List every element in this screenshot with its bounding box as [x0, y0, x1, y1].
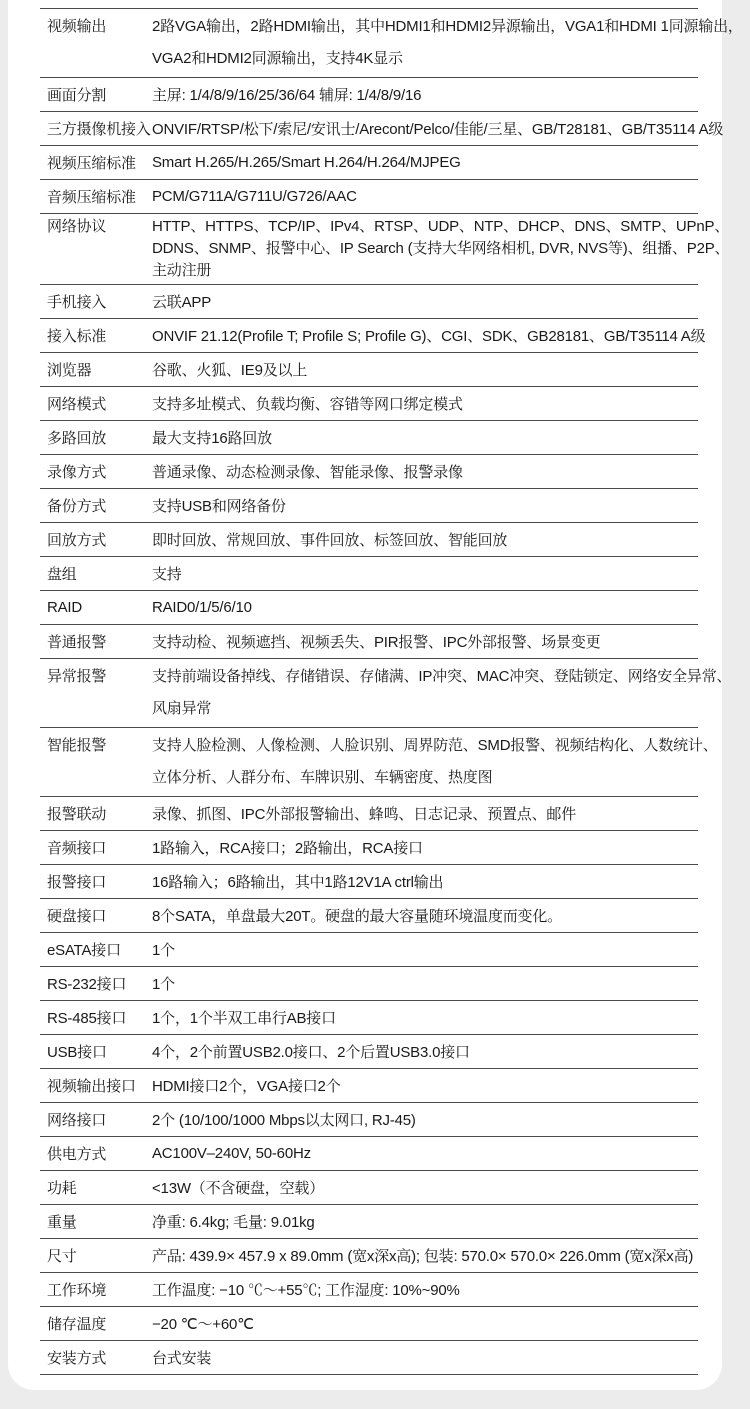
spec-label: 重量 — [47, 1211, 152, 1232]
spec-row: 普通报警支持动检、视频遮挡、视频丢失、PIR报警、IPC外部报警、场景变更 — [40, 624, 698, 658]
spec-value: 云联APP — [152, 291, 698, 312]
spec-value: 最大支持16路回放 — [152, 427, 698, 448]
spec-label: 视频输出接口 — [47, 1075, 152, 1096]
spec-row: 重量净重: 6.4kg; 毛量: 9.01kg — [40, 1204, 698, 1238]
spec-value: 支持人脸检测、人像检测、人脸识别、周界防范、SMD报警、视频结构化、人数统计、立… — [152, 730, 698, 794]
spec-value-line: 4个，2个前置USB2.0接口、2个后置USB3.0接口 — [152, 1041, 698, 1062]
spec-value: 支持 — [152, 563, 698, 584]
spec-value-line: PCM/G711A/G711U/G726/AAC — [152, 188, 698, 205]
spec-value-line: HTTP、HTTPS、TCP/IP、IPv4、RTSP、UDP、NTP、DHCP… — [152, 216, 698, 238]
spec-row: 盘组支持 — [40, 556, 698, 590]
spec-label: 硬盘接口 — [47, 905, 152, 926]
spec-row: USB接口4个，2个前置USB2.0接口、2个后置USB3.0接口 — [40, 1034, 698, 1068]
spec-value: 录像、抓图、IPC外部报警输出、蜂鸣、日志记录、预置点、邮件 — [152, 803, 698, 824]
spec-value-line: 即时回放、常规回放、事件回放、标签回放、智能回放 — [152, 529, 698, 550]
spec-label: 供电方式 — [47, 1143, 152, 1164]
spec-value-line: 普通录像、动态检测录像、智能录像、报警录像 — [152, 461, 698, 482]
spec-value-line: 谷歌、火狐、IE9及以上 — [152, 359, 698, 380]
spec-value: 即时回放、常规回放、事件回放、标签回放、智能回放 — [152, 529, 698, 550]
spec-value: AC100V–240V, 50-60Hz — [152, 1145, 698, 1162]
spec-value-line: 风扇异常 — [152, 693, 698, 725]
spec-row: 手机接入云联APP — [40, 284, 698, 318]
spec-label: 备份方式 — [47, 495, 152, 516]
spec-value-line: RAID0/1/5/6/10 — [152, 599, 698, 616]
spec-value: 台式安装 — [152, 1347, 698, 1368]
spec-row: 工作环境工作温度: −10 ℃～+55℃; 工作湿度: 10%~90% — [40, 1272, 698, 1306]
spec-value-line: <13W（不含硬盘，空载） — [152, 1177, 698, 1198]
spec-row: 异常报警支持前端设备掉线、存储错误、存储满、IP冲突、MAC冲突、登陆锁定、网络… — [40, 658, 698, 727]
spec-row: RS-232接口1个 — [40, 966, 698, 1000]
spec-value: RAID0/1/5/6/10 — [152, 599, 698, 616]
spec-label: 异常报警 — [47, 661, 152, 693]
spec-label: 视频压缩标准 — [47, 152, 152, 173]
spec-row: 接入标准ONVIF 21.12(Profile T; Profile S; Pr… — [40, 318, 698, 352]
spec-value-line: 支持动检、视频遮挡、视频丢失、PIR报警、IPC外部报警、场景变更 — [152, 631, 698, 652]
spec-value: 支持前端设备掉线、存储错误、存储满、IP冲突、MAC冲突、登陆锁定、网络安全异常… — [152, 661, 698, 725]
spec-label: 浏览器 — [47, 359, 152, 380]
spec-label: 报警联动 — [47, 803, 152, 824]
spec-label: 回放方式 — [47, 529, 152, 550]
spec-value: 支持多址模式、负载均衡、容错等网口绑定模式 — [152, 393, 698, 414]
spec-label: 智能报警 — [47, 730, 152, 762]
spec-row: 供电方式AC100V–240V, 50-60Hz — [40, 1136, 698, 1170]
spec-label: RS-485接口 — [47, 1007, 152, 1028]
spec-value-line: 最大支持16路回放 — [152, 427, 698, 448]
spec-value-line: 2个 (10/100/1000 Mbps以太网口, RJ-45) — [152, 1109, 698, 1130]
spec-label: 工作环境 — [47, 1279, 152, 1300]
spec-row: 浏览器谷歌、火狐、IE9及以上 — [40, 352, 698, 386]
spec-value: ONVIF/RTSP/松下/索尼/安讯士/Arecont/Pelco/佳能/三星… — [152, 118, 698, 139]
spec-row: 安装方式台式安装 — [40, 1340, 698, 1374]
spec-value-line: 1个 — [152, 939, 698, 960]
table-bottom-rule — [40, 1374, 698, 1375]
spec-label: 三方摄像机接入 — [47, 118, 152, 139]
spec-label: 画面分割 — [47, 84, 152, 105]
spec-value-line: 支持前端设备掉线、存储错误、存储满、IP冲突、MAC冲突、登陆锁定、网络安全异常… — [152, 661, 698, 693]
spec-value-line: −20 ℃～+60℃ — [152, 1313, 698, 1334]
spec-label: 接入标准 — [47, 325, 152, 346]
spec-row: 备份方式支持USB和网络备份 — [40, 488, 698, 522]
spec-value: HDMI接口2个，VGA接口2个 — [152, 1075, 698, 1096]
spec-value-line: 主屏: 1/4/8/9/16/25/36/64 辅屏: 1/4/8/9/16 — [152, 84, 698, 105]
spec-row: 储存温度−20 ℃～+60℃ — [40, 1306, 698, 1340]
spec-value: 16路输入；6路输出，其中1路12V1A ctrl输出 — [152, 871, 698, 892]
spec-label: 功耗 — [47, 1177, 152, 1198]
spec-label: 录像方式 — [47, 461, 152, 482]
spec-row: 智能报警支持人脸检测、人像检测、人脸识别、周界防范、SMD报警、视频结构化、人数… — [40, 727, 698, 796]
spec-value: Smart H.265/H.265/Smart H.264/H.264/MJPE… — [152, 154, 698, 171]
spec-value: 2路VGA输出，2路HDMI输出，其中HDMI1和HDMI2异源输出，VGA1和… — [152, 11, 698, 75]
spec-label: 网络模式 — [47, 393, 152, 414]
spec-row: 报警接口16路输入；6路输出，其中1路12V1A ctrl输出 — [40, 864, 698, 898]
spec-row: 音频接口1路输入，RCA接口；2路输出，RCA接口 — [40, 830, 698, 864]
spec-label: RS-232接口 — [47, 973, 152, 994]
spec-value: 1个，1个半双工串行AB接口 — [152, 1007, 698, 1028]
spec-label: 多路回放 — [47, 427, 152, 448]
spec-label: RAID — [47, 599, 152, 616]
spec-value: 1路输入，RCA接口；2路输出，RCA接口 — [152, 837, 698, 858]
spec-row: 尺寸产品: 439.9× 457.9 x 89.0mm (宽x深x高); 包装:… — [40, 1238, 698, 1272]
spec-label: 网络协议 — [47, 216, 152, 238]
spec-value: 产品: 439.9× 457.9 x 89.0mm (宽x深x高); 包装: 5… — [152, 1245, 698, 1266]
spec-row: eSATA接口1个 — [40, 932, 698, 966]
spec-label: 手机接入 — [47, 291, 152, 312]
spec-label: 安装方式 — [47, 1347, 152, 1368]
spec-label: 网络接口 — [47, 1109, 152, 1130]
spec-row: RAIDRAID0/1/5/6/10 — [40, 590, 698, 624]
spec-value-line: 支持 — [152, 563, 698, 584]
spec-value-line: 立体分析、人群分布、车牌识别、车辆密度、热度图 — [152, 762, 698, 794]
spec-row: 网络模式支持多址模式、负载均衡、容错等网口绑定模式 — [40, 386, 698, 420]
spec-label: 视频输出 — [47, 11, 152, 43]
spec-value-line: 支持多址模式、负载均衡、容错等网口绑定模式 — [152, 393, 698, 414]
spec-label: 盘组 — [47, 563, 152, 584]
spec-value: 8个SATA，单盘最大20T。硬盘的最大容量随环境温度而变化。 — [152, 905, 698, 926]
spec-value-line: 工作温度: −10 ℃～+55℃; 工作湿度: 10%~90% — [152, 1279, 698, 1300]
spec-value: 支持USB和网络备份 — [152, 495, 698, 516]
spec-value-line: 2路VGA输出，2路HDMI输出，其中HDMI1和HDMI2异源输出，VGA1和… — [152, 11, 698, 43]
spec-label: 尺寸 — [47, 1245, 152, 1266]
spec-value: 2个 (10/100/1000 Mbps以太网口, RJ-45) — [152, 1109, 698, 1130]
spec-table: 视频输出2路VGA输出，2路HDMI输出，其中HDMI1和HDMI2异源输出，V… — [40, 8, 698, 1375]
spec-label: USB接口 — [47, 1041, 152, 1062]
spec-label: eSATA接口 — [47, 939, 152, 960]
spec-row: 视频输出接口HDMI接口2个，VGA接口2个 — [40, 1068, 698, 1102]
spec-value-line: 1路输入，RCA接口；2路输出，RCA接口 — [152, 837, 698, 858]
spec-value-line: 净重: 6.4kg; 毛量: 9.01kg — [152, 1211, 698, 1232]
spec-value-line: 支持USB和网络备份 — [152, 495, 698, 516]
spec-value: 支持动检、视频遮挡、视频丢失、PIR报警、IPC外部报警、场景变更 — [152, 631, 698, 652]
spec-card: 视频输出2路VGA输出，2路HDMI输出，其中HDMI1和HDMI2异源输出，V… — [8, 0, 722, 1390]
spec-label: 储存温度 — [47, 1313, 152, 1334]
spec-value-line: 产品: 439.9× 457.9 x 89.0mm (宽x深x高); 包装: 5… — [152, 1245, 698, 1266]
spec-value: 4个，2个前置USB2.0接口、2个后置USB3.0接口 — [152, 1041, 698, 1062]
spec-value: 1个 — [152, 973, 698, 994]
spec-value-line: Smart H.265/H.265/Smart H.264/H.264/MJPE… — [152, 154, 698, 171]
spec-row: 画面分割主屏: 1/4/8/9/16/25/36/64 辅屏: 1/4/8/9/… — [40, 77, 698, 111]
spec-label: 报警接口 — [47, 871, 152, 892]
spec-label: 音频接口 — [47, 837, 152, 858]
spec-label: 普通报警 — [47, 631, 152, 652]
spec-value: <13W（不含硬盘，空载） — [152, 1177, 698, 1198]
spec-value-line: DDNS、SNMP、报警中心、IP Search (支持大华网络相机, DVR,… — [152, 238, 698, 260]
spec-value-line: HDMI接口2个，VGA接口2个 — [152, 1075, 698, 1096]
spec-value-line: ONVIF/RTSP/松下/索尼/安讯士/Arecont/Pelco/佳能/三星… — [152, 118, 698, 139]
spec-value-line: ONVIF 21.12(Profile T; Profile S; Profil… — [152, 325, 698, 346]
spec-row: 多路回放最大支持16路回放 — [40, 420, 698, 454]
spec-value-line: 录像、抓图、IPC外部报警输出、蜂鸣、日志记录、预置点、邮件 — [152, 803, 698, 824]
spec-value-line: 16路输入；6路输出，其中1路12V1A ctrl输出 — [152, 871, 698, 892]
spec-value: 工作温度: −10 ℃～+55℃; 工作湿度: 10%~90% — [152, 1279, 698, 1300]
spec-value: 主屏: 1/4/8/9/16/25/36/64 辅屏: 1/4/8/9/16 — [152, 84, 698, 105]
spec-row: 回放方式即时回放、常规回放、事件回放、标签回放、智能回放 — [40, 522, 698, 556]
spec-value-line: 1个 — [152, 973, 698, 994]
spec-value: 1个 — [152, 939, 698, 960]
spec-row: 网络接口2个 (10/100/1000 Mbps以太网口, RJ-45) — [40, 1102, 698, 1136]
spec-value-line: 1个，1个半双工串行AB接口 — [152, 1007, 698, 1028]
spec-value: ONVIF 21.12(Profile T; Profile S; Profil… — [152, 325, 698, 346]
spec-row: 录像方式普通录像、动态检测录像、智能录像、报警录像 — [40, 454, 698, 488]
spec-value: 净重: 6.4kg; 毛量: 9.01kg — [152, 1211, 698, 1232]
spec-row: 报警联动录像、抓图、IPC外部报警输出、蜂鸣、日志记录、预置点、邮件 — [40, 796, 698, 830]
spec-row: 硬盘接口8个SATA，单盘最大20T。硬盘的最大容量随环境温度而变化。 — [40, 898, 698, 932]
spec-value-line: 支持人脸检测、人像检测、人脸识别、周界防范、SMD报警、视频结构化、人数统计、 — [152, 730, 698, 762]
spec-value: −20 ℃～+60℃ — [152, 1313, 698, 1334]
spec-row: 视频输出2路VGA输出，2路HDMI输出，其中HDMI1和HDMI2异源输出，V… — [40, 8, 698, 77]
spec-value-line: 主动注册 — [152, 260, 698, 282]
spec-value: PCM/G711A/G711U/G726/AAC — [152, 188, 698, 205]
spec-value-line: VGA2和HDMI2同源输出，支持4K显示 — [152, 43, 698, 75]
spec-value-line: 台式安装 — [152, 1347, 698, 1368]
spec-value: 普通录像、动态检测录像、智能录像、报警录像 — [152, 461, 698, 482]
spec-label: 音频压缩标准 — [47, 186, 152, 207]
spec-value-line: 云联APP — [152, 291, 698, 312]
spec-row: 三方摄像机接入ONVIF/RTSP/松下/索尼/安讯士/Arecont/Pelc… — [40, 111, 698, 145]
spec-row: 视频压缩标准Smart H.265/H.265/Smart H.264/H.26… — [40, 145, 698, 179]
spec-value: 谷歌、火狐、IE9及以上 — [152, 359, 698, 380]
spec-row: 功耗<13W（不含硬盘，空载） — [40, 1170, 698, 1204]
spec-value-line: 8个SATA，单盘最大20T。硬盘的最大容量随环境温度而变化。 — [152, 905, 698, 926]
spec-row: 音频压缩标准PCM/G711A/G711U/G726/AAC — [40, 179, 698, 213]
spec-value-line: AC100V–240V, 50-60Hz — [152, 1145, 698, 1162]
spec-value: HTTP、HTTPS、TCP/IP、IPv4、RTSP、UDP、NTP、DHCP… — [152, 216, 698, 282]
spec-row: 网络协议HTTP、HTTPS、TCP/IP、IPv4、RTSP、UDP、NTP、… — [40, 213, 698, 284]
spec-row: RS-485接口1个，1个半双工串行AB接口 — [40, 1000, 698, 1034]
